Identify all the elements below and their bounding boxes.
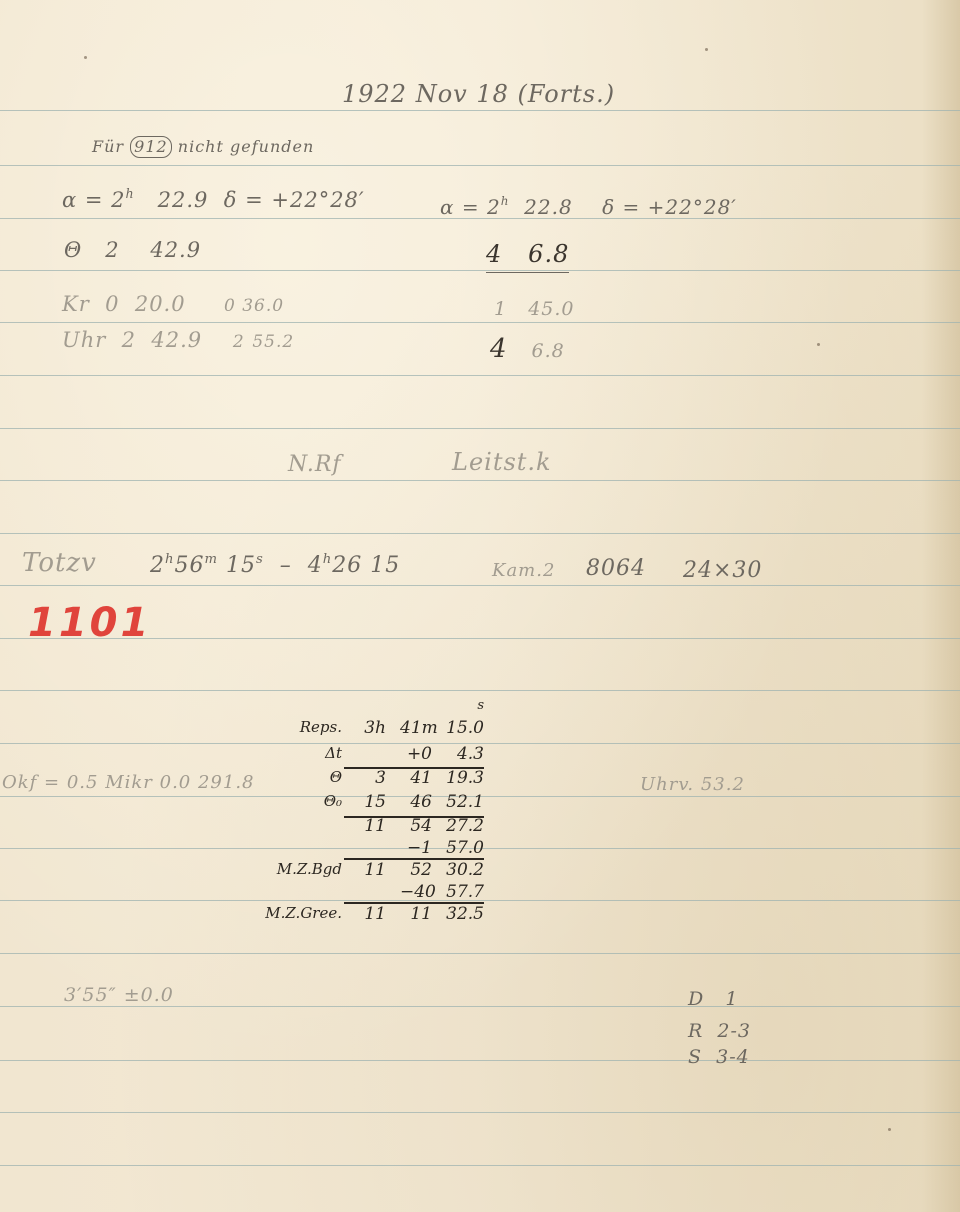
calc-row: M.Z.Gree. 11 11 32.5 [262, 904, 502, 926]
calc-row: Θ 3 41 19.3 [262, 768, 502, 790]
right-diff-line: 1 45.0 [494, 298, 575, 320]
ruled-line [0, 1112, 960, 1113]
left-uhr-line: Uhr 2 42.9 2 55.2 [62, 328, 294, 352]
paper-speck [888, 1128, 891, 1131]
right-alpha-line: α = 2h 22.8 δ = +22°28′ [440, 194, 737, 219]
left-kr-line: Kr 0 20.0 0 36.0 [62, 292, 284, 316]
ruled-line [0, 428, 960, 429]
ruled-line [0, 953, 960, 954]
note-suffix: nicht gefunden [178, 137, 314, 156]
side-note-left: Okf = 0.5 Mikr 0.0 291.8 [2, 772, 255, 793]
ruled-line [0, 1165, 960, 1166]
right-result-line: 4 6.8 [490, 334, 565, 364]
side-note-right: Uhrv. 53.2 [640, 774, 745, 795]
right-sum-line: 4 6.8 [486, 240, 569, 268]
nrf-label: N.Rf [288, 452, 342, 477]
calc-row: −40 57.7 [262, 882, 502, 904]
duration-note: 3′55″ ±0.0 [64, 984, 174, 1006]
ruled-line [0, 375, 960, 376]
paper-speck [84, 56, 87, 59]
left-theta-line: Θ 2 42.9 [64, 238, 201, 262]
calc-row: 11 54 27.2 [262, 816, 502, 838]
ruled-line [0, 585, 960, 586]
calc-row: Reps. 3h 41m 15.0 [262, 718, 502, 740]
ruled-line [0, 533, 960, 534]
paper-speck [817, 343, 820, 346]
ruled-line [0, 165, 960, 166]
calc-row: −1 57.0 [262, 838, 502, 860]
ruled-line [0, 110, 960, 111]
ruled-line [0, 322, 960, 323]
seconds-unit: s [438, 698, 484, 713]
left-alpha-line: α = 2h 22.9 δ = +22°28′ [62, 186, 365, 212]
exposure-times: 2h56m 15s – 4h26 15 [150, 552, 400, 578]
quality-rating-s: S 3-4 [688, 1046, 750, 1068]
notebook-page: 1922 Nov 18 (Forts.) Für 912 nicht gefun… [0, 0, 960, 1212]
plate-number-red: 1101 [28, 600, 151, 646]
ruled-line [0, 270, 960, 271]
calc-row: Θ₀ 15 46 52.1 [262, 792, 502, 814]
not-found-note: Für 912 nicht gefunden [92, 136, 314, 158]
quality-rating-r: R 2-3 [688, 1020, 751, 1042]
ruled-line [0, 690, 960, 691]
page-date: 1922 Nov 18 (Forts.) [342, 80, 615, 108]
circled-object-number: 912 [130, 136, 172, 158]
ruled-line [0, 480, 960, 481]
ruled-line [0, 1060, 960, 1061]
calc-row: Δt +0 4.3 [262, 744, 502, 766]
note-prefix: Für [92, 137, 124, 156]
camera-label: Kam.2 [492, 560, 555, 581]
plate-id: 8064 [586, 556, 646, 581]
guide-star-label: Leitst.k [452, 448, 552, 476]
plate-size: 24×30 [683, 558, 762, 583]
exposure-label: Totzv [22, 548, 97, 578]
ruled-line [0, 1006, 960, 1007]
paper-speck [705, 48, 708, 51]
calc-row: M.Z.Bgd 11 52 30.2 [262, 860, 502, 882]
quality-rating-d: D 1 [688, 988, 738, 1010]
